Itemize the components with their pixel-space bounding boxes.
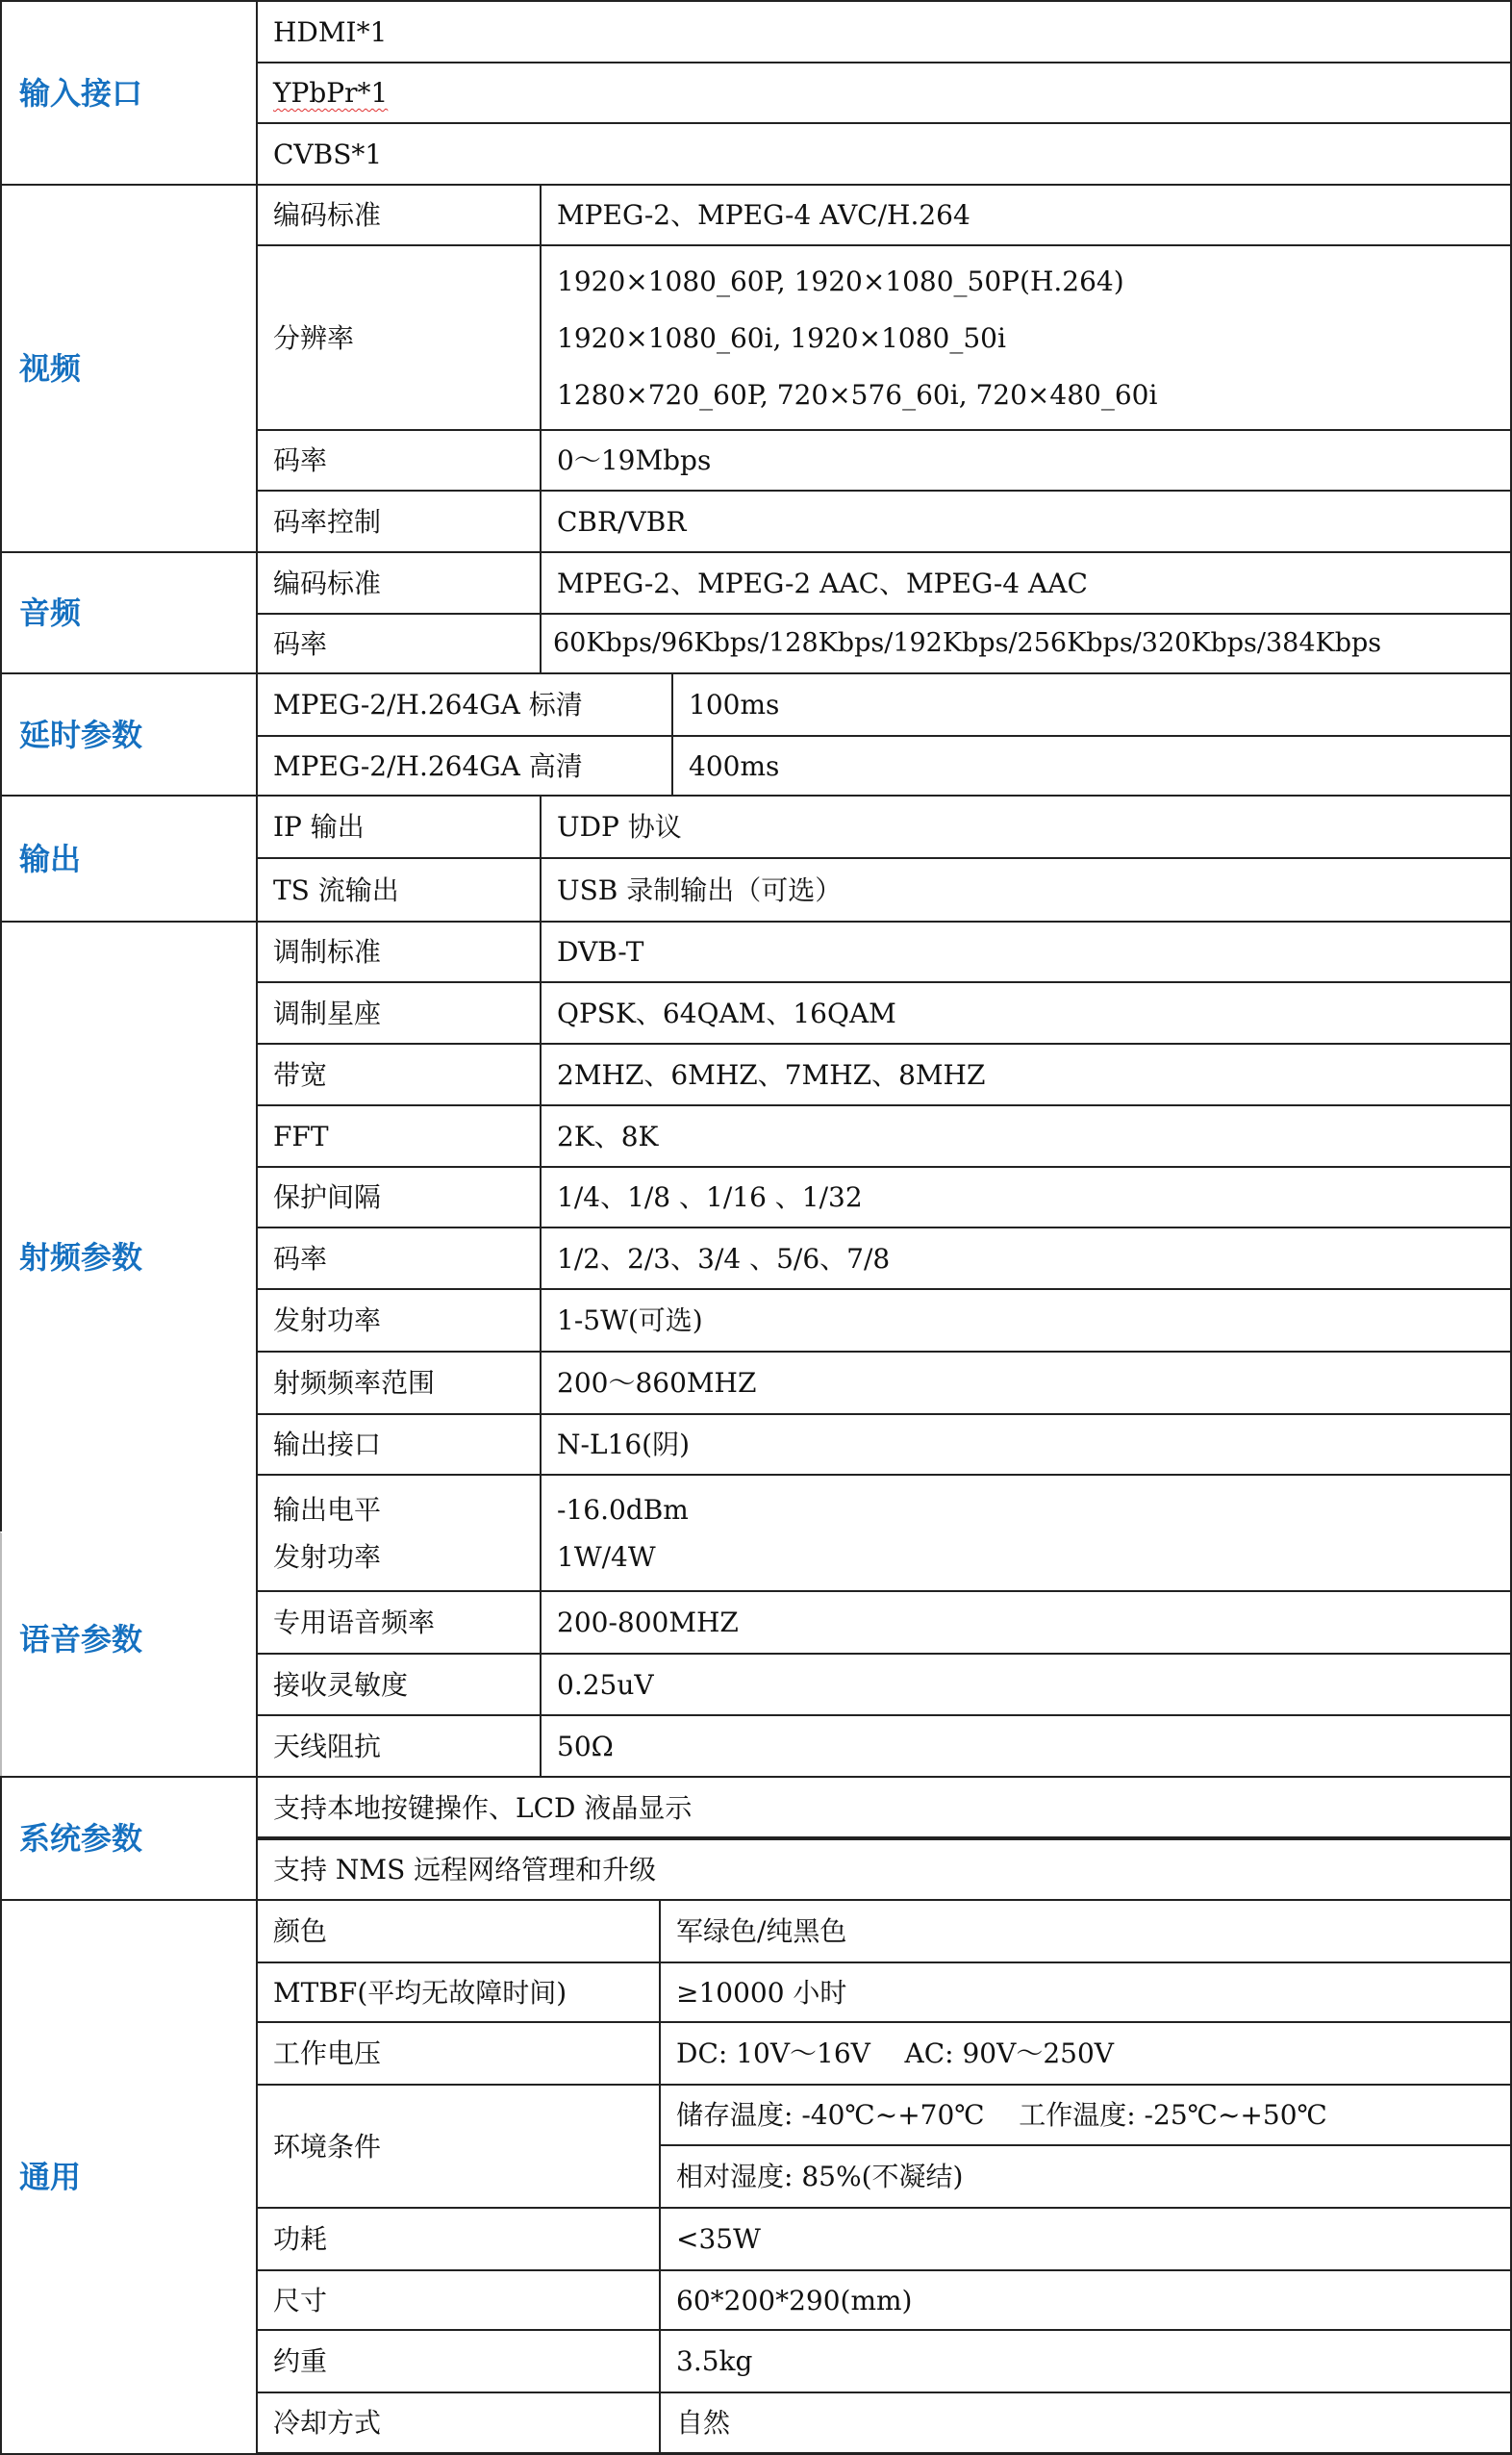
label-text: 环境条件 <box>273 2130 381 2164</box>
value-line: 1920×1080_60i, 1920×1080_50i <box>557 321 1006 355</box>
value-text: QPSK、64QAM、16QAM <box>557 997 896 1030</box>
row-label: 接收灵敏度 <box>256 1653 542 1716</box>
label-text: 调制星座 <box>273 997 381 1030</box>
row-value: 相对湿度: 85%(不凝结) <box>659 2144 1512 2209</box>
value-text: N-L16(阴) <box>557 1428 690 1461</box>
category-label: 音频 <box>19 594 81 632</box>
row-value: 储存温度: -40℃~+70℃ 工作温度: -25℃~+50℃ <box>659 2084 1512 2146</box>
category-rf: 射频参数 <box>0 921 258 1536</box>
value-text: 100ms <box>689 688 779 721</box>
row-label: 码率 <box>256 429 542 492</box>
row-label: 工作电压 <box>256 2021 661 2086</box>
value-line: 1280×720_60P, 720×576_60i, 720×480_60i <box>557 378 1157 412</box>
label-text: 发射功率 <box>273 1540 381 1574</box>
row-value: 1/4、1/8 、1/16 、1/32 <box>540 1166 1512 1228</box>
label-text: 输出电平 <box>273 1493 381 1527</box>
row-label: 发射功率 <box>256 1288 542 1353</box>
row-label: 分辨率 <box>256 244 542 431</box>
value-text: 50Ω <box>557 1730 614 1763</box>
category-latency: 延时参数 <box>0 672 258 797</box>
row-value: 1/2、2/3、3/4 、5/6、7/8 <box>540 1227 1512 1290</box>
row-value: DVB-T <box>540 921 1512 983</box>
row-label: MTBF(平均无故障时间) <box>256 1961 661 2023</box>
label-text: 保护间隔 <box>273 1180 381 1214</box>
row-value: 60*200*290(mm) <box>659 2269 1512 2331</box>
row-value: 1920×1080_60P, 1920×1080_50P(H.264) 1920… <box>540 244 1512 431</box>
category-output: 输出 <box>0 795 258 923</box>
spec-table: 输入接口 HDMI*1 YPbPr*1 CVBS*1 视频 编码标准 MPEG-… <box>0 0 1512 2455</box>
value-text: 1/2、2/3、3/4 、5/6、7/8 <box>557 1242 890 1276</box>
row-value: 200～860MHZ <box>540 1351 1512 1415</box>
category-input: 输入接口 <box>0 0 258 186</box>
category-label: 视频 <box>19 349 81 388</box>
label-text: 射频频率范围 <box>273 1366 435 1400</box>
cell-value: HDMI*1 <box>273 15 387 49</box>
value-text: 0.25uV <box>557 1668 654 1702</box>
row-value: ≥10000 小时 <box>659 1961 1512 2023</box>
value-text: USB 录制输出（可选） <box>557 873 842 907</box>
value-line: -16.0dBm <box>557 1493 689 1527</box>
row-label: 调制标准 <box>256 921 542 983</box>
row-label: 带宽 <box>256 1043 542 1106</box>
label-text: 码率 <box>273 627 327 661</box>
table-row: 支持本地按键操作、LCD 液晶显示 <box>256 1776 1512 1839</box>
label-text: 编码标准 <box>273 198 381 232</box>
row-label: 环境条件 <box>256 2084 661 2209</box>
category-label: 输出 <box>19 840 81 878</box>
row-label: FFT <box>256 1104 542 1168</box>
label-text: MPEG-2/H.264GA 标清 <box>273 688 583 721</box>
row-label: 码率 <box>256 1227 542 1290</box>
value-line: 相对湿度: 85%(不凝结) <box>676 2160 963 2193</box>
label-text: 带宽 <box>273 1058 327 1092</box>
value-text: 自然 <box>676 2406 730 2440</box>
row-value: 军绿色/纯黑色 <box>659 1899 1512 1963</box>
cell-value: CVBS*1 <box>273 138 382 171</box>
label-text: 天线阻抗 <box>273 1730 381 1763</box>
row-value: -16.0dBm 1W/4W <box>540 1474 1512 1592</box>
row-value: 400ms <box>671 735 1512 797</box>
label-text: TS 流输出 <box>273 873 399 907</box>
value-text: 1/4、1/8 、1/16 、1/32 <box>557 1180 863 1214</box>
row-value: UDP 协议 <box>540 795 1512 859</box>
value-line: 1W/4W <box>557 1540 656 1574</box>
row-label: 功耗 <box>256 2207 661 2271</box>
row-value: 50Ω <box>540 1714 1512 1778</box>
value-text: 200～860MHZ <box>557 1366 756 1400</box>
label-text: 冷却方式 <box>273 2406 381 2440</box>
value-text: UDP 协议 <box>557 810 682 844</box>
value-text: 3.5kg <box>676 2344 752 2378</box>
value-text: DVB-T <box>557 935 643 969</box>
label-text: 分辨率 <box>273 321 354 355</box>
row-value: 0～19Mbps <box>540 429 1512 492</box>
label-text: 工作电压 <box>273 2037 381 2070</box>
table-row: 支持 NMS 远程网络管理和升级 <box>256 1836 1512 1901</box>
row-label: 码率控制 <box>256 490 542 553</box>
value-text: ≥10000 小时 <box>676 1976 846 2010</box>
row-label: 码率 <box>256 613 542 674</box>
value-text: MPEG-2、MPEG-2 AAC、MPEG-4 AAC <box>557 567 1088 600</box>
category-label: 通用 <box>19 2158 81 2196</box>
row-label: TS 流输出 <box>256 857 542 923</box>
category-video: 视频 <box>0 184 258 553</box>
value-text: CBR/VBR <box>557 505 686 539</box>
value-text: <35W <box>676 2222 761 2256</box>
row-label: 保护间隔 <box>256 1166 542 1228</box>
label-text: MPEG-2/H.264GA 高清 <box>273 749 583 783</box>
row-value: MPEG-2、MPEG-2 AAC、MPEG-4 AAC <box>540 551 1512 615</box>
value-text: MPEG-2、MPEG-4 AVC/H.264 <box>557 198 970 232</box>
category-label: 射频参数 <box>19 1238 142 1277</box>
row-value: 2K、8K <box>540 1104 1512 1168</box>
row-value: 200-800MHZ <box>540 1590 1512 1655</box>
value-text: 军绿色/纯黑色 <box>676 1914 846 1948</box>
label-text: 码率 <box>273 443 327 477</box>
value-line: 1920×1080_60P, 1920×1080_50P(H.264) <box>557 265 1124 298</box>
cell-value: 支持本地按键操作、LCD 液晶显示 <box>273 1791 692 1825</box>
row-value: QPSK、64QAM、16QAM <box>540 981 1512 1045</box>
row-label: 颜色 <box>256 1899 661 1963</box>
row-value: 3.5kg <box>659 2329 1512 2393</box>
cell-value: YPbPr*1 <box>273 76 388 110</box>
row-label: 天线阻抗 <box>256 1714 542 1778</box>
row-label: 输出电平 发射功率 <box>256 1474 542 1592</box>
category-label: 延时参数 <box>19 716 142 754</box>
label-text: 发射功率 <box>273 1303 381 1337</box>
label-text: 颜色 <box>273 1914 327 1948</box>
row-value: 自然 <box>659 2392 1512 2455</box>
category-voice: 语音参数 <box>0 1531 258 1778</box>
label-text: 专用语音频率 <box>273 1606 435 1639</box>
label-text: 输出接口 <box>273 1428 381 1461</box>
row-value: MPEG-2、MPEG-4 AVC/H.264 <box>540 184 1512 246</box>
label-text: 功耗 <box>273 2222 327 2256</box>
category-label: 语音参数 <box>19 1620 142 1658</box>
category-general: 通用 <box>0 1899 258 2455</box>
value-text: 200-800MHZ <box>557 1606 739 1639</box>
label-text: 接收灵敏度 <box>273 1668 408 1702</box>
label-text: 编码标准 <box>273 567 381 600</box>
value-text: 2K、8K <box>557 1120 658 1153</box>
row-label: 冷却方式 <box>256 2392 661 2455</box>
row-label: 调制星座 <box>256 981 542 1045</box>
row-value: <35W <box>659 2207 1512 2271</box>
row-label: 输出接口 <box>256 1413 542 1476</box>
label-text: 码率 <box>273 1242 327 1276</box>
row-value: DC: 10V～16V AC: 90V～250V <box>659 2021 1512 2086</box>
category-label: 系统参数 <box>19 1819 142 1858</box>
category-label: 输入接口 <box>19 74 142 113</box>
row-value: 100ms <box>671 672 1512 737</box>
label-text: FFT <box>273 1120 329 1153</box>
label-text: IP 输出 <box>273 810 365 844</box>
table-row: YPbPr*1 <box>256 62 1512 124</box>
row-label: 编码标准 <box>256 184 542 246</box>
table-row: HDMI*1 <box>256 0 1512 63</box>
row-value: 2MHZ、6MHZ、7MHZ、8MHZ <box>540 1043 1512 1106</box>
row-value: N-L16(阴) <box>540 1413 1512 1476</box>
row-value: 1-5W(可选) <box>540 1288 1512 1353</box>
table-row: CVBS*1 <box>256 122 1512 186</box>
value-text: 400ms <box>689 749 779 783</box>
row-label: 专用语音频率 <box>256 1590 542 1655</box>
cell-value: 支持 NMS 远程网络管理和升级 <box>273 1853 656 1886</box>
row-label: 射频频率范围 <box>256 1351 542 1415</box>
row-label: MPEG-2/H.264GA 标清 <box>256 672 673 737</box>
category-audio: 音频 <box>0 551 258 674</box>
label-text: 尺寸 <box>273 2284 327 2317</box>
row-label: MPEG-2/H.264GA 高清 <box>256 735 673 797</box>
value-text: 60*200*290(mm) <box>676 2284 912 2317</box>
value-text: 2MHZ、6MHZ、7MHZ、8MHZ <box>557 1058 985 1092</box>
value-text: 60Kbps/96Kbps/128Kbps/192Kbps/256Kbps/32… <box>553 627 1381 660</box>
category-system: 系统参数 <box>0 1776 258 1901</box>
row-label: 约重 <box>256 2329 661 2393</box>
label-text: 约重 <box>273 2344 327 2378</box>
row-label: IP 输出 <box>256 795 542 859</box>
value-text: 0～19Mbps <box>557 443 711 477</box>
row-value: 0.25uV <box>540 1653 1512 1716</box>
row-value: USB 录制输出（可选） <box>540 857 1512 923</box>
row-label: 尺寸 <box>256 2269 661 2331</box>
value-text: DC: 10V～16V AC: 90V～250V <box>676 2037 1114 2070</box>
row-label: 编码标准 <box>256 551 542 615</box>
row-value: 60Kbps/96Kbps/128Kbps/192Kbps/256Kbps/32… <box>540 613 1512 674</box>
row-value: CBR/VBR <box>540 490 1512 553</box>
value-line: 储存温度: -40℃~+70℃ 工作温度: -25℃~+50℃ <box>676 2098 1327 2132</box>
label-text: 调制标准 <box>273 935 381 969</box>
value-text: 1-5W(可选) <box>557 1303 703 1337</box>
label-text: MTBF(平均无故障时间) <box>273 1976 567 2010</box>
label-text: 码率控制 <box>273 505 381 539</box>
